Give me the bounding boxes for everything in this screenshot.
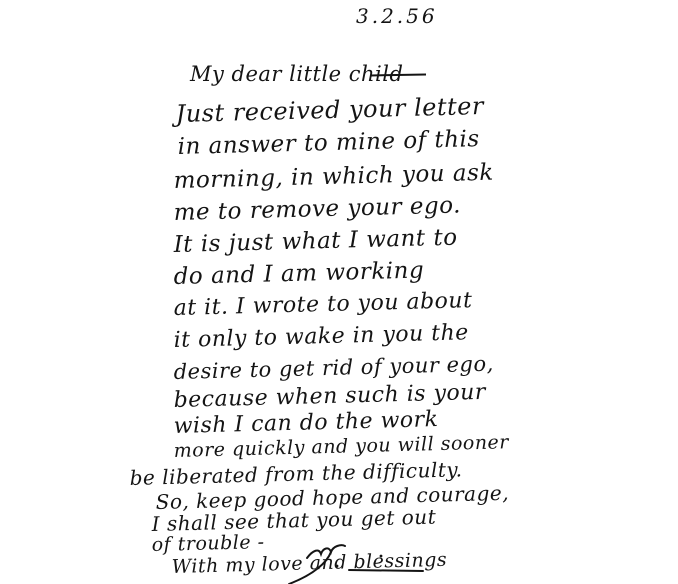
- body-line-10: because when such is your: [173, 380, 486, 413]
- body-line-9: desire to get rid of your ego,: [173, 352, 494, 384]
- body-line-7: at it. I wrote to you about: [173, 288, 472, 321]
- letter-page: 3.2.56 My dear little child Just receive…: [0, 0, 678, 584]
- body-line-2: in answer to mine of this: [177, 126, 480, 160]
- letter-date: 3.2.56: [356, 4, 438, 28]
- body-line-4: me to remove your ego.: [173, 192, 461, 226]
- body-line-6: do and I am working: [173, 257, 424, 290]
- signature-mark: [285, 540, 425, 584]
- body-line-16: of trouble -: [151, 531, 264, 556]
- body-line-3: morning, in which you ask: [173, 160, 494, 194]
- body-line-5: It is just what I want to: [173, 225, 458, 258]
- body-line-1: Just received your letter: [175, 92, 484, 128]
- body-line-8: it only to wake in you the: [173, 320, 469, 353]
